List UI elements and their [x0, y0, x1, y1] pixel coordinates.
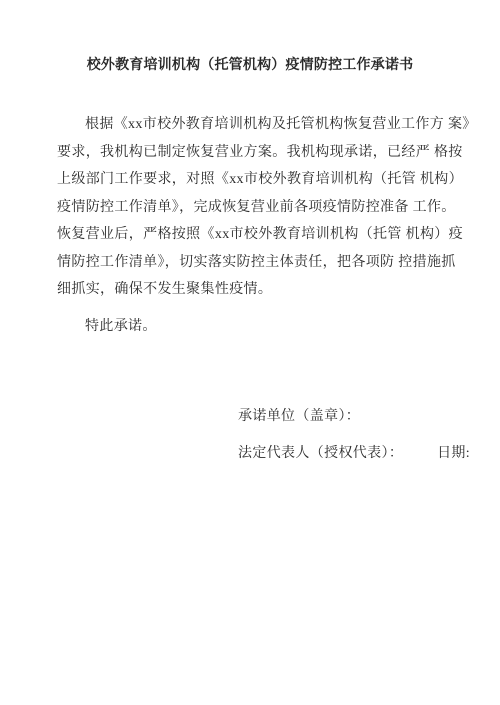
signature-unit-row: 承诺单位（盖章）： — [238, 403, 470, 431]
signature-block: 承诺单位（盖章）： 法定代表人（授权代表）： 日期: — [238, 403, 470, 468]
body-line: 要求，我机构已制定恢复营业方案。我机构现承诺，已经严 格按 — [57, 139, 459, 167]
legal-representative-label: 法定代表人（授权代表）： — [238, 446, 403, 461]
body-line: 疫情防控工作清单》，完成恢复营业前各项疫情防控准备 工作。 — [57, 194, 459, 222]
document-page: 校外教育培训机构（托管机构）疫情防控工作承诺书 根据《xx市校外教育培训机构及托… — [0, 0, 500, 705]
signature-representative-row: 法定代表人（授权代表）： 日期: — [238, 440, 470, 468]
date-label: 日期: — [437, 446, 470, 461]
document-body: 根据《xx市校外教育培训机构及托管机构恢复营业工作方 案》 要求，我机构已制定恢… — [57, 111, 459, 340]
body-line: 情防控工作清单》，切实落实防控主体责任，把各项防 控措施抓 — [57, 249, 459, 277]
body-line: 恢复营业后，严格按照《xx市校外教育培训机构（托管 机构）疫 — [57, 221, 459, 249]
body-line: 根据《xx市校外教育培训机构及托管机构恢复营业工作方 案》 — [57, 111, 459, 139]
body-line: 细抓实，确保不发生聚集性疫情。 — [57, 276, 459, 304]
body-line: 上级部门工作要求，对照《xx市校外教育培训机构（托管 机构） — [57, 166, 459, 194]
document-title: 校外教育培训机构（托管机构）疫情防控工作承诺书 — [0, 50, 500, 78]
closing-statement: 特此承诺。 — [57, 313, 459, 341]
unit-seal-label: 承诺单位（盖章）： — [238, 409, 360, 424]
